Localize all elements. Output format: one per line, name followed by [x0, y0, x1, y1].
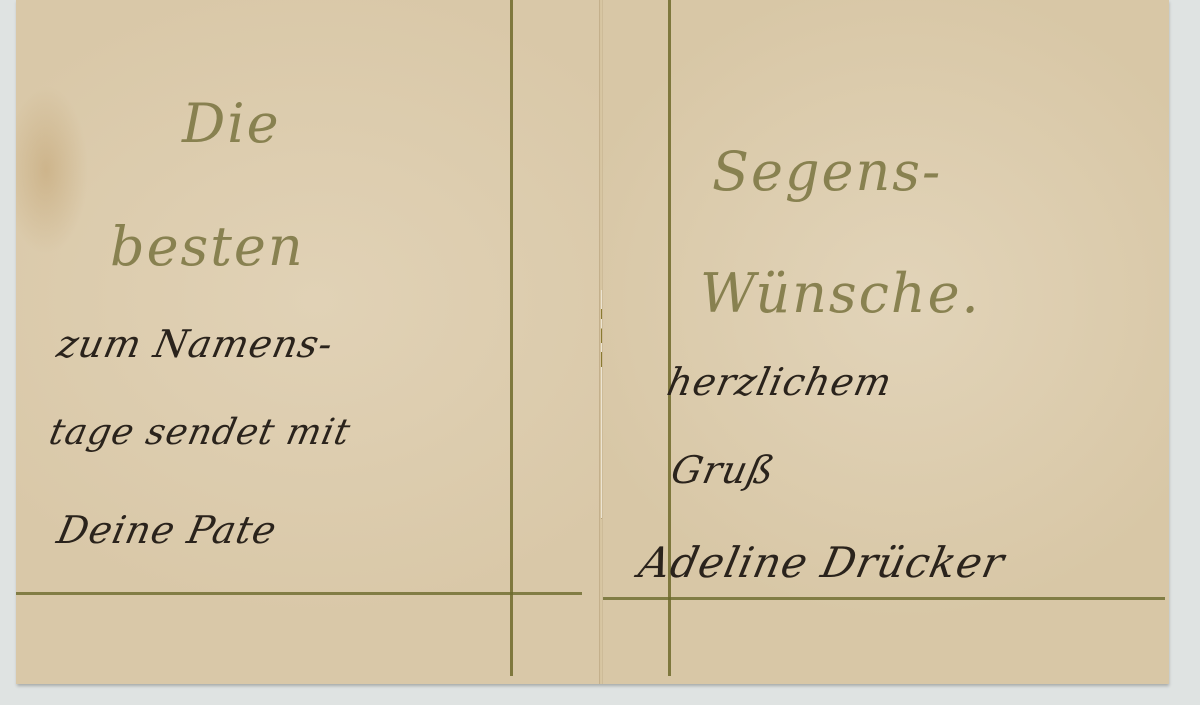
handwritten-signature: Adeline Drücker [635, 538, 1009, 587]
handwritten-line-3: Deine Pate [53, 508, 281, 552]
right-horizontal-rule [603, 597, 1165, 600]
handwritten-line-2: tage sendet mit [46, 412, 355, 453]
printed-text-besten: besten [110, 215, 305, 278]
printed-text-wuensche: Wünsche. [700, 262, 981, 325]
printed-text-die: Die [182, 92, 281, 155]
left-horizontal-rule [16, 592, 582, 595]
handwritten-line-1: zum Namens- [53, 322, 337, 366]
printed-text-segens: Segens- [712, 140, 942, 203]
handwritten-line-5: Gruß [667, 448, 779, 492]
handwritten-line-4: herzlichem [663, 360, 896, 404]
left-vertical-rule [510, 0, 513, 676]
